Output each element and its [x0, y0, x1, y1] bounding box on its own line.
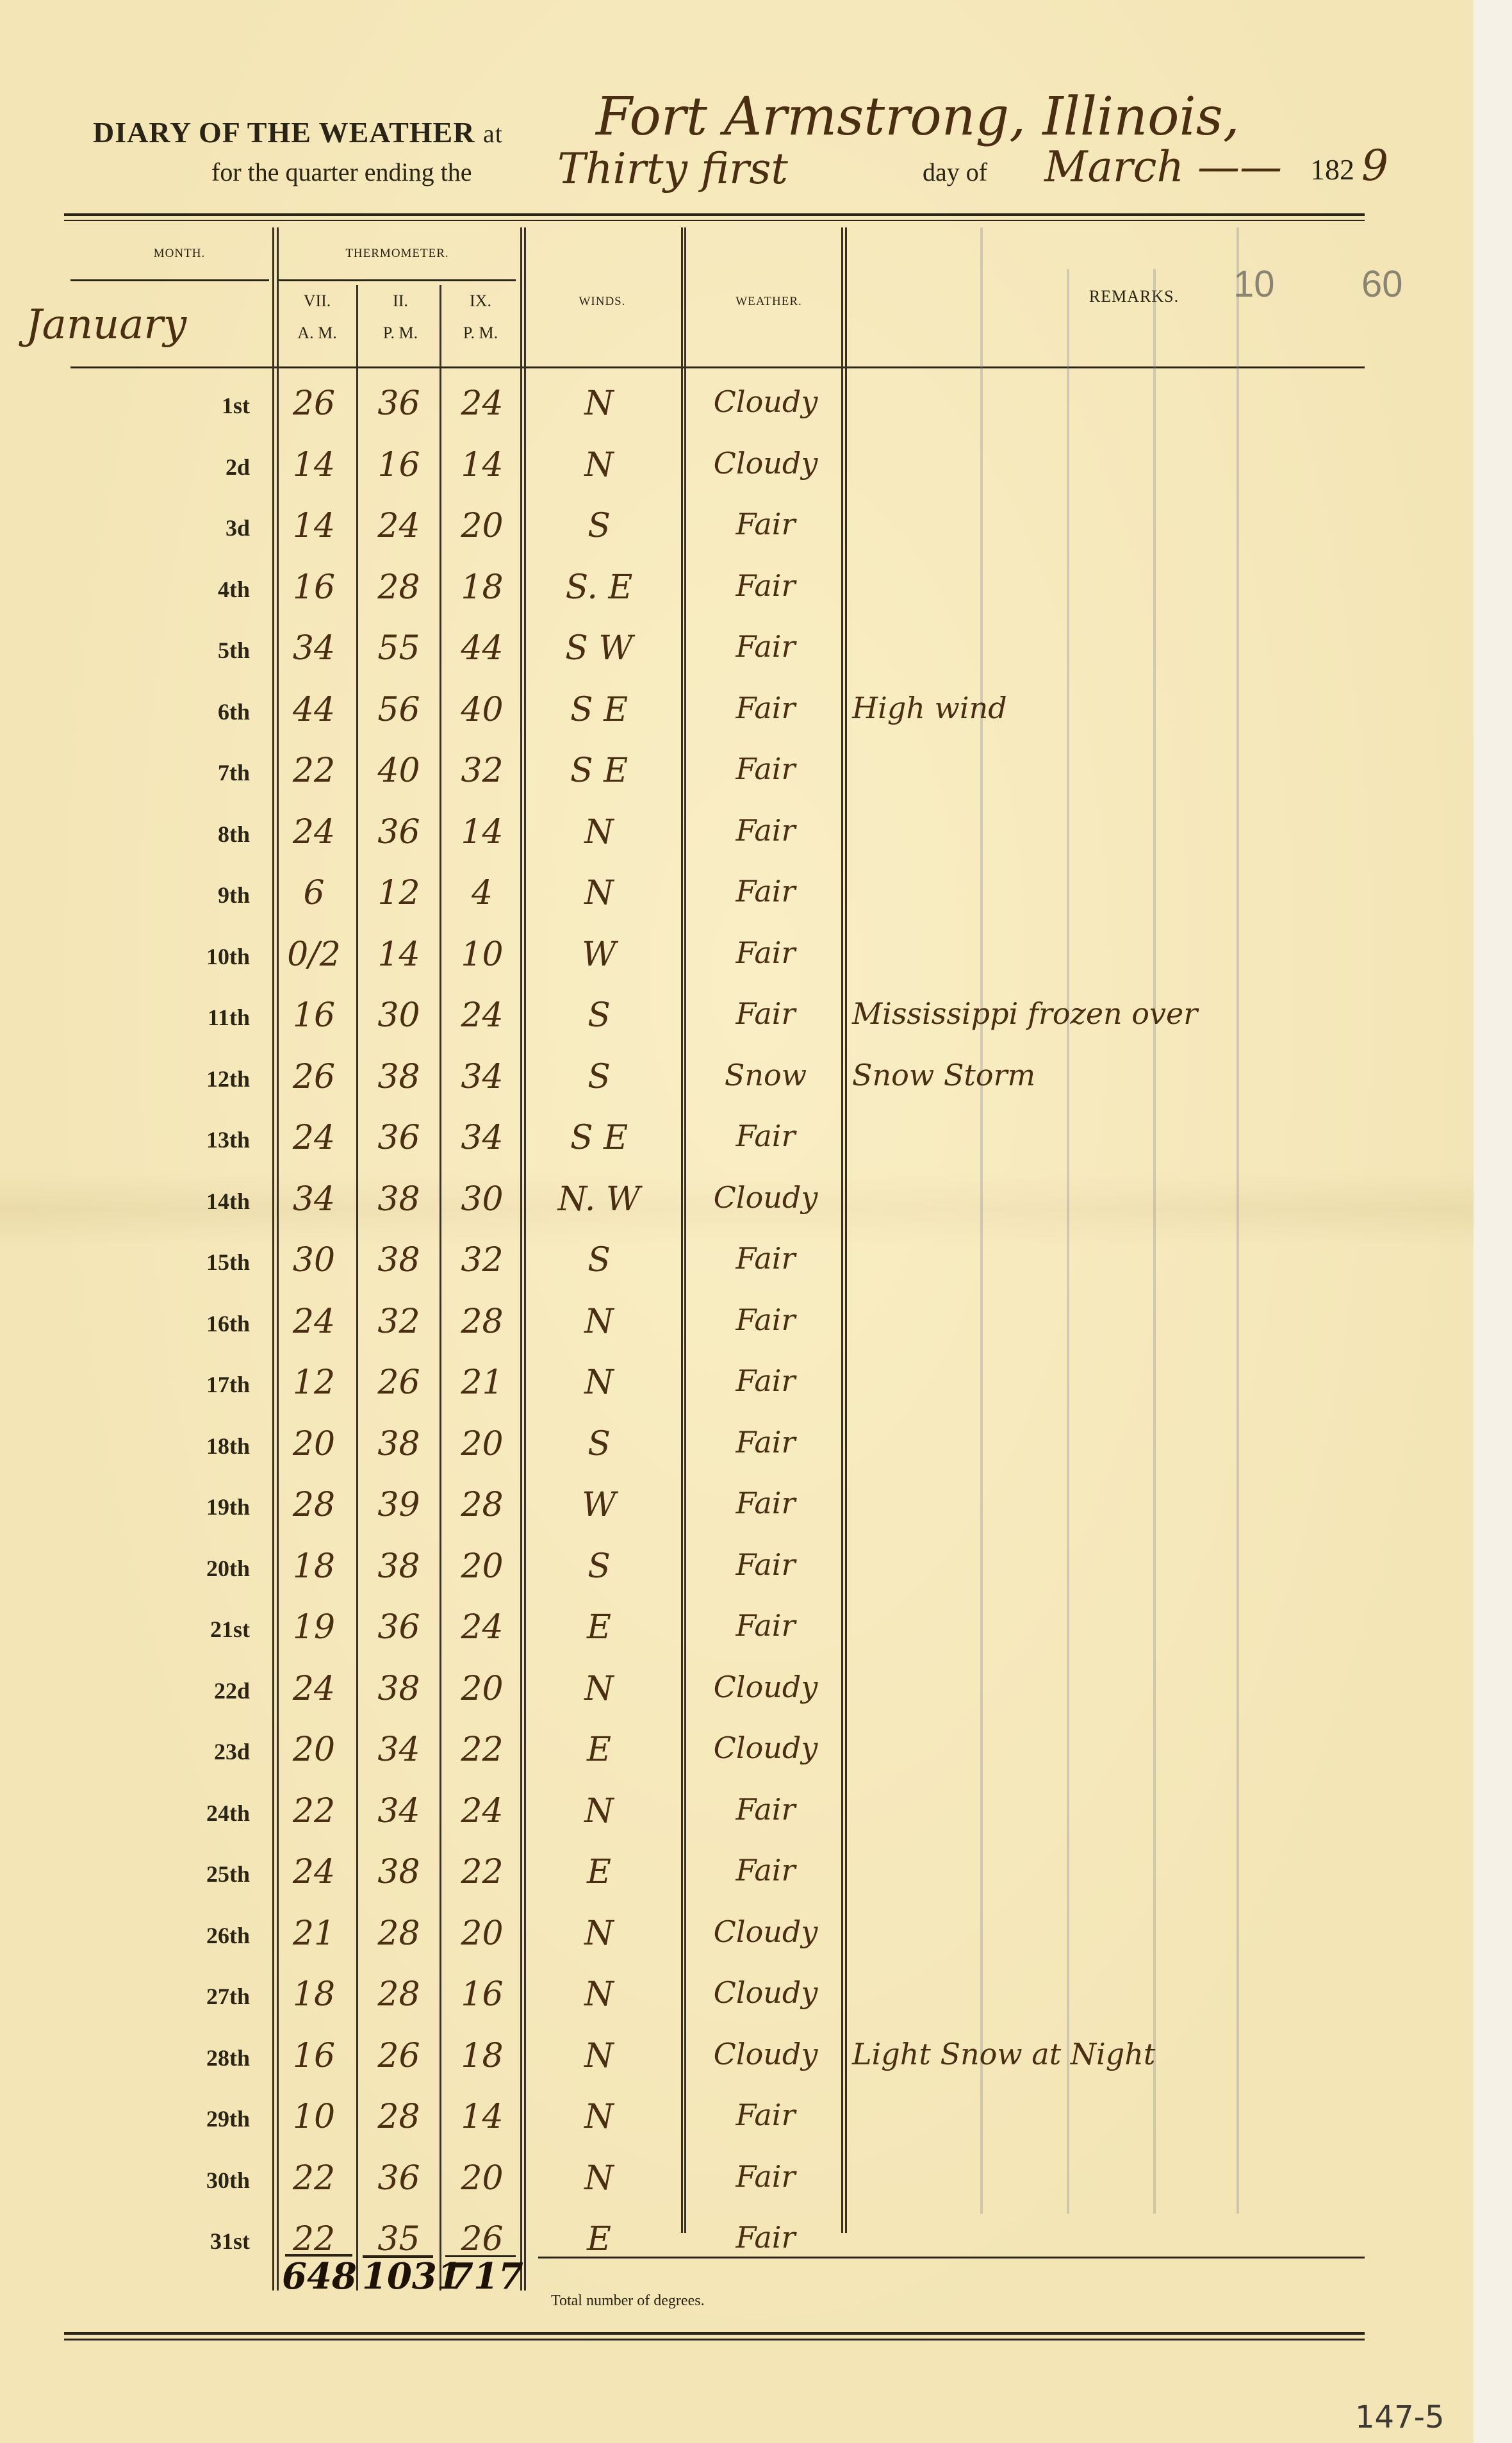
day-label: 27th: [173, 1983, 250, 2010]
day-label: 9th: [173, 882, 250, 909]
day-label: 11th: [173, 1004, 250, 1031]
temp-2pm: 35: [359, 2220, 439, 2258]
temp-2pm: 36: [359, 813, 439, 851]
table-row: 11th163024SFairMississippi frozen over: [0, 990, 1474, 1051]
wind-direction: E: [535, 1731, 663, 1769]
day-label: 1st: [173, 392, 250, 419]
temp-9pm: 24: [442, 1608, 522, 1647]
temp-7am: 24: [272, 813, 356, 851]
header-9pm-bottom: P. M.: [442, 324, 519, 343]
temp-7am: 10: [272, 2098, 356, 2136]
temp-9pm: 16: [442, 1975, 522, 2014]
temp-2pm: 12: [359, 874, 439, 912]
wind-direction: N: [535, 1975, 663, 2014]
temp-9pm: 22: [442, 1853, 522, 1891]
header-rule-top: [64, 213, 1365, 216]
temp-9pm: 30: [442, 1180, 522, 1219]
quarter-ending-day: Thirty first: [557, 144, 788, 193]
wind-direction: S: [535, 507, 663, 545]
temp-7am: 19: [272, 1608, 356, 1647]
weather-condition: Fair: [695, 1792, 836, 1827]
weather-condition: Cloudy: [695, 2037, 836, 2071]
wind-direction: E: [535, 1608, 663, 1647]
wind-direction: S: [535, 1241, 663, 1279]
header-thermometer: THERMOMETER.: [275, 247, 519, 261]
temp-2pm: 34: [359, 1792, 439, 1830]
temp-9pm: 20: [442, 2159, 522, 2198]
temp-2pm: 38: [359, 1058, 439, 1096]
footer-rule-2: [64, 2339, 1365, 2340]
table-row: 7th224032S EFair: [0, 745, 1474, 806]
temp-2pm: 38: [359, 1547, 439, 1586]
weather-condition: Fair: [695, 2220, 836, 2255]
temp-2pm: 14: [359, 935, 439, 974]
temp-2pm: 28: [359, 568, 439, 607]
day-label: 5th: [173, 637, 250, 664]
wind-direction: S. E: [535, 568, 663, 607]
temp-2pm: 26: [359, 2037, 439, 2075]
weather-condition: Cloudy: [695, 1914, 836, 1949]
day-label: 20th: [173, 1555, 250, 1582]
wind-direction: N: [535, 813, 663, 851]
day-label: 3d: [173, 514, 250, 541]
day-label: 12th: [173, 1065, 250, 1092]
remark: High wind: [852, 691, 1416, 725]
temp-2pm: 38: [359, 1241, 439, 1279]
total-9pm: 717: [448, 2255, 523, 2298]
temp-7am: 6: [272, 874, 356, 912]
table-row: 6th445640S EFairHigh wind: [0, 684, 1474, 745]
weather-condition: Fair: [695, 813, 836, 848]
temp-9pm: 24: [442, 996, 522, 1035]
temp-7am: 20: [272, 1425, 356, 1463]
table-row: 19th283928WFair: [0, 1479, 1474, 1540]
header-2pm-top: II.: [362, 292, 439, 311]
temp-7am: 18: [272, 1975, 356, 2014]
station-location: Fort Armstrong, Illinois,: [596, 86, 1240, 147]
temp-2pm: 55: [359, 629, 439, 668]
table-row: 15th303832SFair: [0, 1235, 1474, 1296]
wind-direction: S: [535, 996, 663, 1035]
weather-condition: Fair: [695, 935, 836, 970]
temp-9pm: 28: [442, 1303, 522, 1341]
wind-direction: N: [535, 384, 663, 423]
table-row: 12th263834SSnowSnow Storm: [0, 1051, 1474, 1112]
weather-condition: Fair: [695, 1363, 836, 1398]
table-row: 20th183820SFair: [0, 1541, 1474, 1602]
temp-7am: 44: [272, 691, 356, 729]
temp-7am: 24: [272, 1119, 356, 1157]
temp-7am: 20: [272, 1731, 356, 1769]
temp-2pm: 16: [359, 446, 439, 484]
day-label: 28th: [173, 2044, 250, 2071]
temp-9pm: 4: [442, 874, 522, 912]
header-remarks: REMARKS.: [1064, 287, 1204, 306]
day-label: 7th: [173, 759, 250, 786]
table-row: 23d203422ECloudy: [0, 1724, 1474, 1785]
month-header-rule: [70, 279, 269, 281]
temp-7am: 0/2: [272, 935, 356, 974]
temp-2pm: 40: [359, 752, 439, 790]
table-row: 14th343830N. WCloudy: [0, 1174, 1474, 1235]
faint-mark-10: 10: [1233, 263, 1275, 306]
temp-9pm: 22: [442, 1731, 522, 1769]
temp-9pm: 20: [442, 1547, 522, 1586]
temp-2pm: 28: [359, 1975, 439, 2014]
temp-2pm: 30: [359, 996, 439, 1035]
temp-2pm: 36: [359, 2159, 439, 2198]
temp-9pm: 18: [442, 568, 522, 607]
table-row: 5th345544S WFair: [0, 623, 1474, 684]
temp-2pm: 32: [359, 1303, 439, 1341]
temp-2pm: 36: [359, 1608, 439, 1647]
table-row: 26th212820NCloudy: [0, 1908, 1474, 1969]
totals-label: Total number of degrees.: [551, 2292, 705, 2310]
temp-2pm: 38: [359, 1425, 439, 1463]
temp-9pm: 14: [442, 813, 522, 851]
table-row: 31st223526EFair: [0, 2214, 1474, 2274]
remark: Light Snow at Night: [852, 2037, 1416, 2071]
wind-direction: E: [535, 1853, 663, 1891]
temp-7am: 24: [272, 1303, 356, 1341]
temp-9pm: 26: [442, 2220, 522, 2258]
table-row: 9th6124NFair: [0, 868, 1474, 928]
day-label: 26th: [173, 1922, 250, 1949]
temp-9pm: 24: [442, 1792, 522, 1830]
table-row: 8th243614NFair: [0, 807, 1474, 868]
temp-7am: 22: [272, 752, 356, 790]
weather-condition: Fair: [695, 2159, 836, 2194]
temp-2pm: 24: [359, 507, 439, 545]
temp-2pm: 34: [359, 1731, 439, 1769]
day-label: 18th: [173, 1433, 250, 1460]
temp-7am: 14: [272, 446, 356, 484]
temp-9pm: 32: [442, 752, 522, 790]
title-text: DIARY OF THE WEATHER: [93, 116, 475, 149]
weather-condition: Fair: [695, 568, 836, 603]
footer-rule: [64, 2332, 1365, 2335]
table-row: 28th162618NCloudyLight Snow at Night: [0, 2030, 1474, 2091]
weather-condition: Fair: [695, 996, 836, 1031]
table-row: 10th0/21410WFair: [0, 929, 1474, 990]
temp-9pm: 40: [442, 691, 522, 729]
temp-7am: 34: [272, 1180, 356, 1219]
table-row: 3d142420SFair: [0, 500, 1474, 561]
wind-direction: W: [535, 1486, 663, 1524]
wind-direction: N: [535, 1792, 663, 1830]
temp-7am: 16: [272, 996, 356, 1035]
header-2pm-bottom: P. M.: [362, 324, 439, 343]
day-label: 22d: [173, 1677, 250, 1704]
remark: Mississippi frozen over: [852, 996, 1416, 1031]
faint-mark-60: 60: [1361, 263, 1403, 306]
table-row: 29th102814NFair: [0, 2091, 1474, 2152]
weather-condition: Fair: [695, 1486, 836, 1520]
weather-condition: Cloudy: [695, 1731, 836, 1765]
wind-direction: N. W: [535, 1180, 663, 1219]
table-row: 13th243634S EFair: [0, 1112, 1474, 1173]
day-of-label: day of: [923, 157, 987, 187]
temp-2pm: 36: [359, 384, 439, 423]
quarter-prefix: for the quarter ending the: [211, 157, 472, 187]
table-row: 25th243822EFair: [0, 1847, 1474, 1907]
temp-7am: 30: [272, 1241, 356, 1279]
title-at: at: [483, 119, 503, 148]
weather-condition: Snow: [695, 1058, 836, 1092]
temp-2pm: 39: [359, 1486, 439, 1524]
temp-9pm: 34: [442, 1119, 522, 1157]
temp-7am: 16: [272, 568, 356, 607]
header-am-top: VII.: [279, 292, 356, 311]
day-label: 19th: [173, 1493, 250, 1520]
weather-condition: Cloudy: [695, 446, 836, 481]
weather-condition: Fair: [695, 1241, 836, 1276]
table-row: 1st263624NCloudy: [0, 378, 1474, 439]
wind-direction: S E: [535, 1119, 663, 1157]
month-name: January: [26, 301, 186, 349]
weather-condition: Fair: [695, 691, 836, 725]
temp-7am: 24: [272, 1670, 356, 1708]
weather-condition: Fair: [695, 752, 836, 786]
ending-month-text: March: [1044, 142, 1184, 192]
header-rule-top-2: [64, 220, 1365, 221]
weather-condition: Fair: [695, 1608, 836, 1643]
thermometer-header-rule: [279, 279, 516, 281]
day-label: 2d: [173, 454, 250, 481]
weather-condition: Cloudy: [695, 1180, 836, 1215]
year-printed: 182: [1310, 152, 1354, 186]
table-row: 21st193624EFair: [0, 1602, 1474, 1663]
wind-direction: S E: [535, 752, 663, 790]
temp-7am: 34: [272, 629, 356, 668]
year-handwritten: 9: [1361, 141, 1388, 190]
temp-7am: 22: [272, 1792, 356, 1830]
temp-9pm: 20: [442, 1670, 522, 1708]
temp-9pm: 44: [442, 629, 522, 668]
temp-7am: 26: [272, 384, 356, 423]
temp-7am: 18: [272, 1547, 356, 1586]
temp-9pm: 32: [442, 1241, 522, 1279]
temp-2pm: 26: [359, 1363, 439, 1402]
header-weather: WEATHER.: [698, 295, 839, 309]
ending-month-dash: ——: [1197, 142, 1282, 192]
wind-direction: S E: [535, 691, 663, 729]
table-row: 27th182816NCloudy: [0, 1969, 1474, 2030]
remark: Snow Storm: [852, 1058, 1416, 1092]
weather-condition: Fair: [695, 874, 836, 909]
wind-direction: N: [535, 2159, 663, 2198]
weather-condition: Fair: [695, 1119, 836, 1153]
day-label: 17th: [173, 1371, 250, 1398]
day-label: 29th: [173, 2105, 250, 2132]
temp-7am: 16: [272, 2037, 356, 2075]
header-bottom-rule: [70, 366, 1365, 368]
quarter-ending-month: March ——: [1044, 142, 1282, 192]
temp-9pm: 28: [442, 1486, 522, 1524]
weather-condition: Fair: [695, 1425, 836, 1460]
temp-2pm: 38: [359, 1180, 439, 1219]
temp-7am: 22: [272, 2159, 356, 2198]
wind-direction: N: [535, 2037, 663, 2075]
weather-condition: Cloudy: [695, 1975, 836, 2010]
weather-condition: Fair: [695, 2098, 836, 2132]
totals-rule: [538, 2257, 1365, 2258]
temp-9pm: 14: [442, 2098, 522, 2136]
day-label: 14th: [173, 1188, 250, 1215]
day-label: 30th: [173, 2167, 250, 2194]
table-row: 16th243228NFair: [0, 1296, 1474, 1357]
wind-direction: N: [535, 1363, 663, 1402]
weather-condition: Fair: [695, 507, 836, 541]
temp-7am: 21: [272, 1914, 356, 1953]
day-label: 16th: [173, 1310, 250, 1337]
weather-condition: Fair: [695, 1547, 836, 1582]
weather-condition: Cloudy: [695, 1670, 836, 1704]
weather-condition: Cloudy: [695, 384, 836, 419]
day-label: 24th: [173, 1800, 250, 1827]
wind-direction: E: [535, 2220, 663, 2258]
weather-condition: Fair: [695, 1853, 836, 1888]
wind-direction: N: [535, 1914, 663, 1953]
total-2pm: 1031: [362, 2255, 462, 2298]
table-row: 30th223620NFair: [0, 2153, 1474, 2214]
scan-edge: [1474, 0, 1512, 2443]
temp-9pm: 20: [442, 1425, 522, 1463]
wind-direction: S: [535, 1425, 663, 1463]
weather-condition: Fair: [695, 629, 836, 664]
temp-9pm: 20: [442, 507, 522, 545]
temp-9pm: 14: [442, 446, 522, 484]
temp-9pm: 34: [442, 1058, 522, 1096]
day-label: 10th: [173, 943, 250, 970]
temp-2pm: 36: [359, 1119, 439, 1157]
table-row: 22d243820NCloudy: [0, 1663, 1474, 1724]
temp-9pm: 20: [442, 1914, 522, 1953]
day-label: 13th: [173, 1126, 250, 1153]
wind-direction: N: [535, 2098, 663, 2136]
temp-9pm: 21: [442, 1363, 522, 1402]
day-label: 15th: [173, 1249, 250, 1276]
wind-direction: W: [535, 935, 663, 974]
temp-2pm: 28: [359, 2098, 439, 2136]
wind-direction: N: [535, 446, 663, 484]
wind-direction: N: [535, 1670, 663, 1708]
header-am-bottom: A. M.: [279, 324, 356, 343]
weather-condition: Fair: [695, 1303, 836, 1337]
temp-2pm: 38: [359, 1853, 439, 1891]
day-label: 31st: [173, 2228, 250, 2255]
temp-7am: 28: [272, 1486, 356, 1524]
table-row: 4th162818S. EFair: [0, 562, 1474, 623]
table-row: 17th122621NFair: [0, 1357, 1474, 1418]
temp-9pm: 10: [442, 935, 522, 974]
document-title: DIARY OF THE WEATHER at: [93, 115, 503, 149]
day-label: 25th: [173, 1861, 250, 1888]
wind-direction: N: [535, 1303, 663, 1341]
day-label: 6th: [173, 698, 250, 725]
temp-7am: 14: [272, 507, 356, 545]
header-9pm-top: IX.: [442, 292, 519, 311]
temp-2pm: 28: [359, 1914, 439, 1953]
temp-9pm: 24: [442, 384, 522, 423]
wind-direction: S: [535, 1547, 663, 1586]
temp-7am: 12: [272, 1363, 356, 1402]
day-label: 4th: [173, 576, 250, 603]
header-winds: WINDS.: [538, 295, 666, 309]
temp-2pm: 38: [359, 1670, 439, 1708]
temp-7am: 24: [272, 1853, 356, 1891]
temp-2pm: 56: [359, 691, 439, 729]
wind-direction: S: [535, 1058, 663, 1096]
temp-7am: 26: [272, 1058, 356, 1096]
table-row: 18th203820SFair: [0, 1419, 1474, 1479]
temp-7am: 22: [272, 2220, 356, 2258]
temp-9pm: 18: [442, 2037, 522, 2075]
wind-direction: S W: [535, 629, 663, 668]
table-row: 24th223424NFair: [0, 1786, 1474, 1847]
day-label: 21st: [173, 1616, 250, 1643]
catalog-number: 147-5: [1355, 2399, 1444, 2435]
day-label: 8th: [173, 821, 250, 848]
table-row: 2d141614NCloudy: [0, 440, 1474, 500]
header-month: MONTH.: [128, 247, 231, 261]
day-label: 23d: [173, 1738, 250, 1765]
wind-direction: N: [535, 874, 663, 912]
total-am: 648: [282, 2255, 357, 2298]
